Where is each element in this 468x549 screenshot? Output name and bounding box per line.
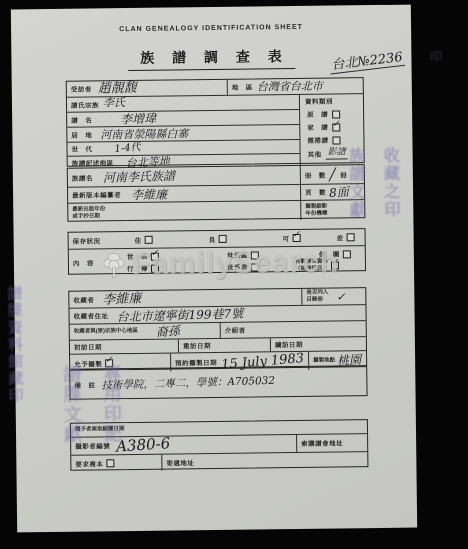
filming-permit-label: 允予攝製 bbox=[70, 359, 102, 368]
revisit-label: 重訪日期 bbox=[179, 341, 211, 350]
genealogy-title-label: 譜 名 bbox=[67, 115, 92, 124]
volume-info-table: 族譜名 河南李氏族譜 冊 數 ╱ 冊 最新版本編纂者 李維廉 頁 數 8面 最新… bbox=[67, 164, 366, 222]
basic-info-body: 譜氏宗族 李氏 譜 名 李增瑋 居 地 河南省滎陽縣白寨 世 代 1-4代 bbox=[67, 94, 364, 166]
holder-address-value: 台北市遼寧街199巷7號 bbox=[116, 307, 243, 323]
volumes-unit: 冊 bbox=[336, 170, 347, 179]
remarks-table: 備 註 技術學院，二專二，學號：A705032 bbox=[69, 366, 367, 400]
category-original: 原 譜 bbox=[305, 109, 368, 119]
category-microfilm-label: 微捲譜 bbox=[305, 136, 328, 145]
area-value: 台灣省台北市 bbox=[257, 81, 323, 93]
revisit-cell: 重訪日期 bbox=[178, 338, 270, 352]
society-address-cell: 索購譜會地址 bbox=[296, 434, 367, 452]
seal-left-column: 譜牒資料館藏印 bbox=[4, 285, 26, 404]
holder-table: 收藏者 李維廉 是否列入 目錄冊 ✓ 收藏者住址 台北市遼寧街199巷7號 收藏… bbox=[68, 287, 367, 370]
genealogy-title-value: 李增瑋 bbox=[120, 112, 156, 125]
publish-year-row: 最新出版年份 或手抄日期 攝製縮影 年份機構 bbox=[68, 200, 364, 223]
category-other-value: 影譜 bbox=[326, 148, 348, 159]
preservation-fair: 可 ✓ bbox=[283, 233, 301, 242]
preservation-good-checkbox bbox=[145, 236, 153, 244]
scanned-document-viewer: CLAN GENEALOGY IDENTIFICATION SHEET 族 譜 … bbox=[0, 0, 468, 549]
content-biographies-checkbox bbox=[151, 264, 159, 272]
office-use-table: 閱予者索取縮圖日期 攝影者編號 A380-6 索購譜會地址 要求複本 寄遞地址 bbox=[70, 419, 369, 471]
microfilm-year-cell: 攝製縮影 年份機構 bbox=[300, 200, 364, 220]
content-lineage-checkbox: ✓ bbox=[151, 252, 159, 260]
content-lineage: 世 系 ✓ bbox=[127, 252, 159, 261]
category-microfilm: 微捲譜 bbox=[305, 135, 368, 145]
clan-label: 譜氏宗族 bbox=[67, 100, 99, 109]
filming-date-label: 預約攝製日期 bbox=[171, 357, 217, 367]
clan-value: 李氏 bbox=[103, 97, 125, 108]
holder-relation-label: 收藏者與(原)宗族中心地區 bbox=[70, 328, 138, 335]
volumes-cell: 冊 數 ╱ 冊 bbox=[300, 165, 364, 184]
content-lineage-table: 世系表 bbox=[227, 262, 259, 271]
remarks-value: 技術學院，二專二，學號：A705032 bbox=[101, 375, 275, 391]
compiler-label: 最新版本編纂者 bbox=[68, 190, 121, 200]
preservation-label: 保存狀況 bbox=[69, 236, 101, 245]
preservation-fair-checkbox: ✓ bbox=[293, 234, 301, 242]
genealogy-name-label: 族譜名 bbox=[68, 173, 93, 182]
preservation-poor: 差 bbox=[337, 233, 355, 242]
pages-cell: 頁 數 8面 bbox=[300, 184, 364, 200]
condition-content-table: 保存狀況 佳 良 可 ✓ 差 內 容 bbox=[68, 228, 367, 275]
mailing-address-cell: 寄遞地址 bbox=[161, 452, 367, 471]
holder-value: 李維廉 bbox=[102, 292, 142, 307]
category-family-label: 家 譜 bbox=[305, 123, 328, 132]
photographer-number-value: A380-6 bbox=[116, 436, 171, 454]
category-other: 其他 影譜 bbox=[306, 148, 369, 160]
listed-value: ✓ bbox=[336, 291, 345, 302]
content-label: 內 容 bbox=[69, 258, 94, 267]
basic-info-left: 譜氏宗族 李氏 譜 名 李增瑋 居 地 河南省滎陽縣白寨 世 代 1-4代 bbox=[67, 95, 300, 170]
followup-visit-label: 續訪日期 bbox=[271, 340, 303, 349]
area-cell: 地 區 台灣省台北市 bbox=[227, 78, 363, 95]
listed-cell: 是否列入 目錄冊 ✓ bbox=[301, 288, 365, 305]
holder-relation-value: 裔孫 bbox=[156, 324, 181, 338]
category-original-checkbox bbox=[332, 110, 340, 118]
volumes-label: 冊 數 bbox=[301, 170, 326, 179]
category-original-label: 原 譜 bbox=[305, 110, 328, 119]
residence-label: 居 地 bbox=[67, 130, 92, 139]
category-family-checkbox: ✓ bbox=[332, 123, 340, 131]
area-label: 地 區 bbox=[228, 83, 253, 92]
preservation-good: 佳 bbox=[135, 235, 153, 244]
category-other-label: 其他 bbox=[306, 150, 322, 159]
file-number-handwritten: 台北№2236 bbox=[329, 51, 406, 75]
preservation-fine-checkbox bbox=[219, 235, 227, 243]
content-portraits-checkbox bbox=[343, 250, 351, 258]
pages-label: 頁 數 bbox=[301, 188, 326, 197]
seal-stamp-corner: 印 bbox=[427, 50, 444, 67]
remarks-label: 備 註 bbox=[70, 380, 95, 389]
handcopy-date-label: 或手抄日期 bbox=[68, 213, 105, 220]
sheet-title-chinese: 族 譜 調 查 表 bbox=[128, 46, 295, 71]
content-lineage-table-checkbox bbox=[251, 263, 259, 271]
mailing-address-label: 寄遞地址 bbox=[162, 458, 194, 467]
data-category-header: 資料類別 bbox=[305, 96, 368, 106]
residence-value: 河南省滎陽縣白寨 bbox=[100, 128, 188, 140]
content-row: 內 容 世 系 ✓ 世系圖 像 圖 行 傳 世系表 bbox=[69, 246, 365, 275]
content-women-sublabel: （媳婦姓氏） bbox=[295, 265, 328, 272]
introducer-label: 介紹者 bbox=[221, 326, 246, 335]
copy-request-date-label: 閱予者索取縮圖日期 bbox=[71, 426, 125, 433]
publish-year-label-group: 最新出版年份 或手抄日期 bbox=[68, 206, 105, 220]
seal-right-column-2: 收藏之印 bbox=[379, 147, 403, 219]
preservation-poor-checkbox bbox=[347, 233, 355, 241]
filming-permit-checkbox: ✓ bbox=[105, 359, 113, 367]
seal-corner-glyph: 印 bbox=[427, 50, 444, 64]
holder-label: 收藏者 bbox=[69, 295, 94, 304]
introducer-cell: 介紹者 bbox=[220, 321, 366, 338]
followup-visit-cell: 續訪日期 bbox=[270, 337, 366, 351]
content-biographies: 行 傳 bbox=[127, 264, 159, 273]
basic-info-table: 受訪者 趙靚馥 地 區 台灣省台北市 譜氏宗族 李氏 譜 名 李增瑋 bbox=[66, 77, 365, 167]
genealogy-name-value: 河南李氏族譜 bbox=[103, 170, 175, 184]
genealogy-identification-sheet: CLAN GENEALOGY IDENTIFICATION SHEET 族 譜 … bbox=[11, 5, 417, 533]
copy-request-checkbox bbox=[106, 459, 114, 467]
sheet-title-english: CLAN GENEALOGY IDENTIFICATION SHEET bbox=[11, 23, 411, 35]
interviewee-value: 趙靚馥 bbox=[98, 82, 137, 96]
filming-place-label: 攝製地點 bbox=[309, 357, 335, 364]
society-address-label: 索購譜會地址 bbox=[297, 438, 343, 448]
listed-label-line2: 目錄冊 bbox=[302, 297, 328, 304]
preservation-fine: 良 bbox=[209, 234, 227, 243]
content-women-data: 有關婦女資料 （媳婦姓氏） ✓ bbox=[295, 258, 339, 272]
generations-label: 世 代 bbox=[67, 144, 92, 153]
first-visit-label: 初訪日期 bbox=[70, 342, 102, 351]
category-microfilm-checkbox bbox=[332, 136, 340, 144]
content-lineage-chart-checkbox bbox=[251, 251, 259, 259]
compiler-value: 李維廉 bbox=[131, 188, 167, 200]
photographer-label: 攝影者編號 bbox=[71, 441, 110, 450]
holder-address-label: 收藏者住址 bbox=[70, 311, 109, 320]
listed-label-group: 是否列入 目錄冊 bbox=[302, 290, 328, 304]
interviewee-label: 受訪者 bbox=[67, 84, 92, 93]
microfilm-year-label-group: 攝製縮影 年份機構 bbox=[301, 204, 327, 218]
seal-stamp-left: 譜牒資料館藏印 bbox=[4, 285, 27, 408]
content-women-checkbox: ✓ bbox=[331, 261, 339, 269]
microfilm-org-label: 年份機構 bbox=[301, 210, 327, 217]
pages-value: 8面 bbox=[329, 185, 349, 198]
generations-value: 1-4代 bbox=[114, 142, 141, 154]
data-category-cell: 資料類別 原 譜 家 譜 ✓ 微捲譜 其他 影譜 bbox=[299, 94, 369, 165]
content-lineage-chart: 世系圖 bbox=[227, 250, 259, 259]
copy-request-label: 要求複本 bbox=[71, 459, 103, 468]
filming-place-value: 桃園 bbox=[337, 354, 362, 368]
category-family: 家 譜 ✓ bbox=[305, 122, 368, 132]
content-women-label-group: 有關婦女資料 （媳婦姓氏） bbox=[295, 259, 328, 273]
copy-request-row: 要求複本 寄遞地址 bbox=[71, 452, 367, 472]
